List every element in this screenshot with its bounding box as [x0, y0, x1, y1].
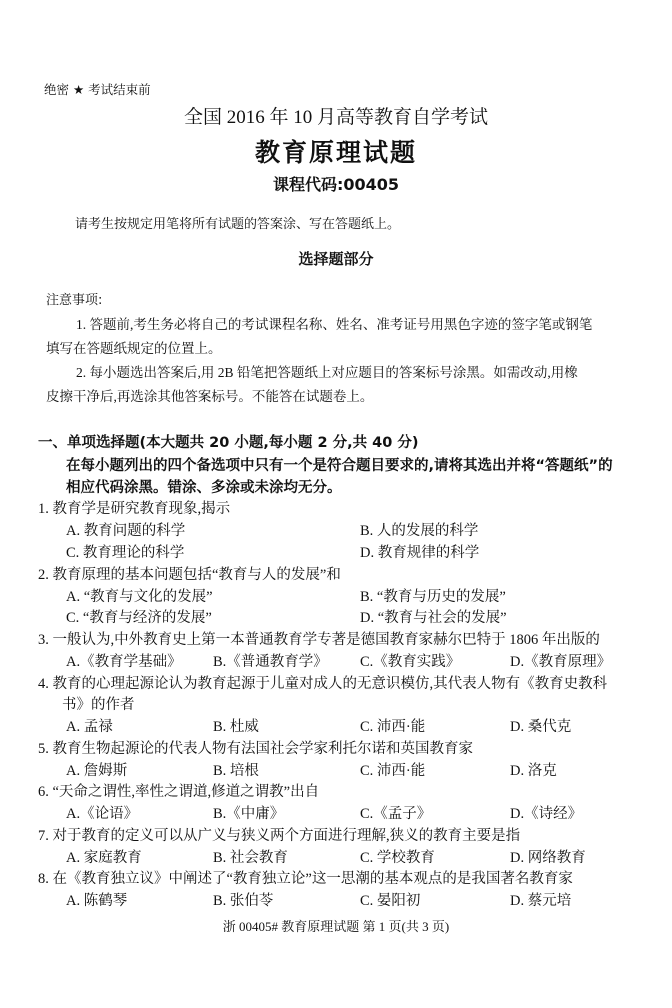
- option-d: D. 教育规律的科学: [360, 541, 479, 562]
- section-heading: 选择题部分: [0, 248, 672, 269]
- question-stem-continued: 书》的作者: [62, 693, 135, 714]
- option-d: D. “教育与社会的发展”: [360, 606, 507, 627]
- option-c: C. “教育与经济的发展”: [66, 606, 212, 627]
- answer-instruction: 请考生按规定用笔将所有试题的答案涂、写在答题纸上。: [75, 213, 400, 232]
- option-d: D.《诗经》: [510, 802, 582, 823]
- notice-title: 注意事项:: [46, 289, 102, 308]
- option-c: C. 学校教育: [360, 846, 435, 867]
- question-stem: 5. 教育生物起源论的代表人物有法国社会学家利托尔诺和英国教育家: [38, 737, 473, 758]
- option-c: C. 沛西·能: [360, 759, 425, 780]
- part-title: 一、单项选择题(本大题共 20 小题,每小题 2 分,共 40 分): [38, 431, 419, 452]
- question-stem: 3. 一般认为,中外教育史上第一本普通教育学专著是德国教育家赫尔巴特于 1806…: [38, 628, 600, 649]
- option-a: A. 教育问题的科学: [66, 519, 185, 540]
- option-a: A.《教育学基础》: [66, 650, 182, 671]
- option-c: C. 教育理论的科学: [66, 541, 184, 562]
- option-c: C. 晏阳初: [360, 889, 420, 910]
- course-code: 课程代码:00405: [0, 172, 672, 195]
- option-b: B. 杜威: [213, 715, 259, 736]
- option-a: A. 陈鹤琴: [66, 889, 127, 910]
- option-b: B.《普通教育学》: [213, 650, 328, 671]
- option-a: A. 詹姆斯: [66, 759, 127, 780]
- option-b: B. 社会教育: [213, 846, 288, 867]
- question-stem: 1. 教育学是研究教育现象,揭示: [38, 497, 230, 518]
- notice-line: 2. 每小题选出答案后,用 2B 铅笔把答题纸上对应题目的答案标号涂黑。如需改动…: [76, 361, 578, 381]
- option-b: B.《中庸》: [213, 802, 284, 823]
- option-b: B. 张伯苓: [213, 889, 273, 910]
- exam-title: 全国 2016 年 10 月高等教育自学考试: [0, 102, 672, 129]
- notice-line: 填写在答题纸规定的位置上。: [46, 337, 222, 357]
- page-footer: 浙 00405# 教育原理试题 第 1 页(共 3 页): [0, 916, 672, 935]
- option-c: C.《教育实践》: [360, 650, 460, 671]
- question-stem: 8. 在《教育独立议》中阐述了“教育独立论”这一思潮的基本观点的是我国著名教育家: [38, 867, 573, 888]
- notice-line: 1. 答题前,考生务必将自己的考试课程名称、姓名、准考证号用黑色字迹的签字笔或钢…: [76, 313, 592, 333]
- option-a: A.《论语》: [66, 802, 138, 823]
- part-description: 相应代码涂黑。错涂、多涂或未涂均无分。: [66, 476, 342, 497]
- confidential-label: 绝密 ★ 考试结束前: [44, 80, 151, 98]
- question-stem: 6. “天命之谓性,率性之谓道,修道之谓教”出自: [38, 780, 319, 801]
- question-stem: 7. 对于教育的定义可以从广义与狭义两个方面进行理解,狭义的教育主要是指: [38, 824, 520, 845]
- option-a: A. 孟禄: [66, 715, 113, 736]
- option-d: D. 桑代克: [510, 715, 571, 736]
- option-d: D. 网络教育: [510, 846, 586, 867]
- option-d: D. 洛克: [510, 759, 557, 780]
- option-d: D.《教育原理》: [510, 650, 611, 671]
- notice-line: 皮擦干净后,再选涂其他答案标号。不能答在试题卷上。: [46, 385, 373, 405]
- part-description: 在每小题列出的四个备选项中只有一个是符合题目要求的,请将其选出并将“答题纸”的: [66, 454, 613, 475]
- option-c: C.《孟子》: [360, 802, 431, 823]
- question-stem: 4. 教育的心理起源论认为教育起源于儿童对成人的无意识模仿,其代表人物有《教育史…: [38, 672, 607, 693]
- option-d: D. 蔡元培: [510, 889, 571, 910]
- option-c: C. 沛西·能: [360, 715, 425, 736]
- option-b: B. 人的发展的科学: [360, 519, 478, 540]
- question-stem: 2. 教育原理的基本问题包括“教育与人的发展”和: [38, 563, 341, 584]
- option-b: B. “教育与历史的发展”: [360, 585, 506, 606]
- subject-title: 教育原理试题: [0, 133, 672, 169]
- option-a: A. 家庭教育: [66, 846, 142, 867]
- option-b: B. 培根: [213, 759, 259, 780]
- option-a: A. “教育与文化的发展”: [66, 585, 213, 606]
